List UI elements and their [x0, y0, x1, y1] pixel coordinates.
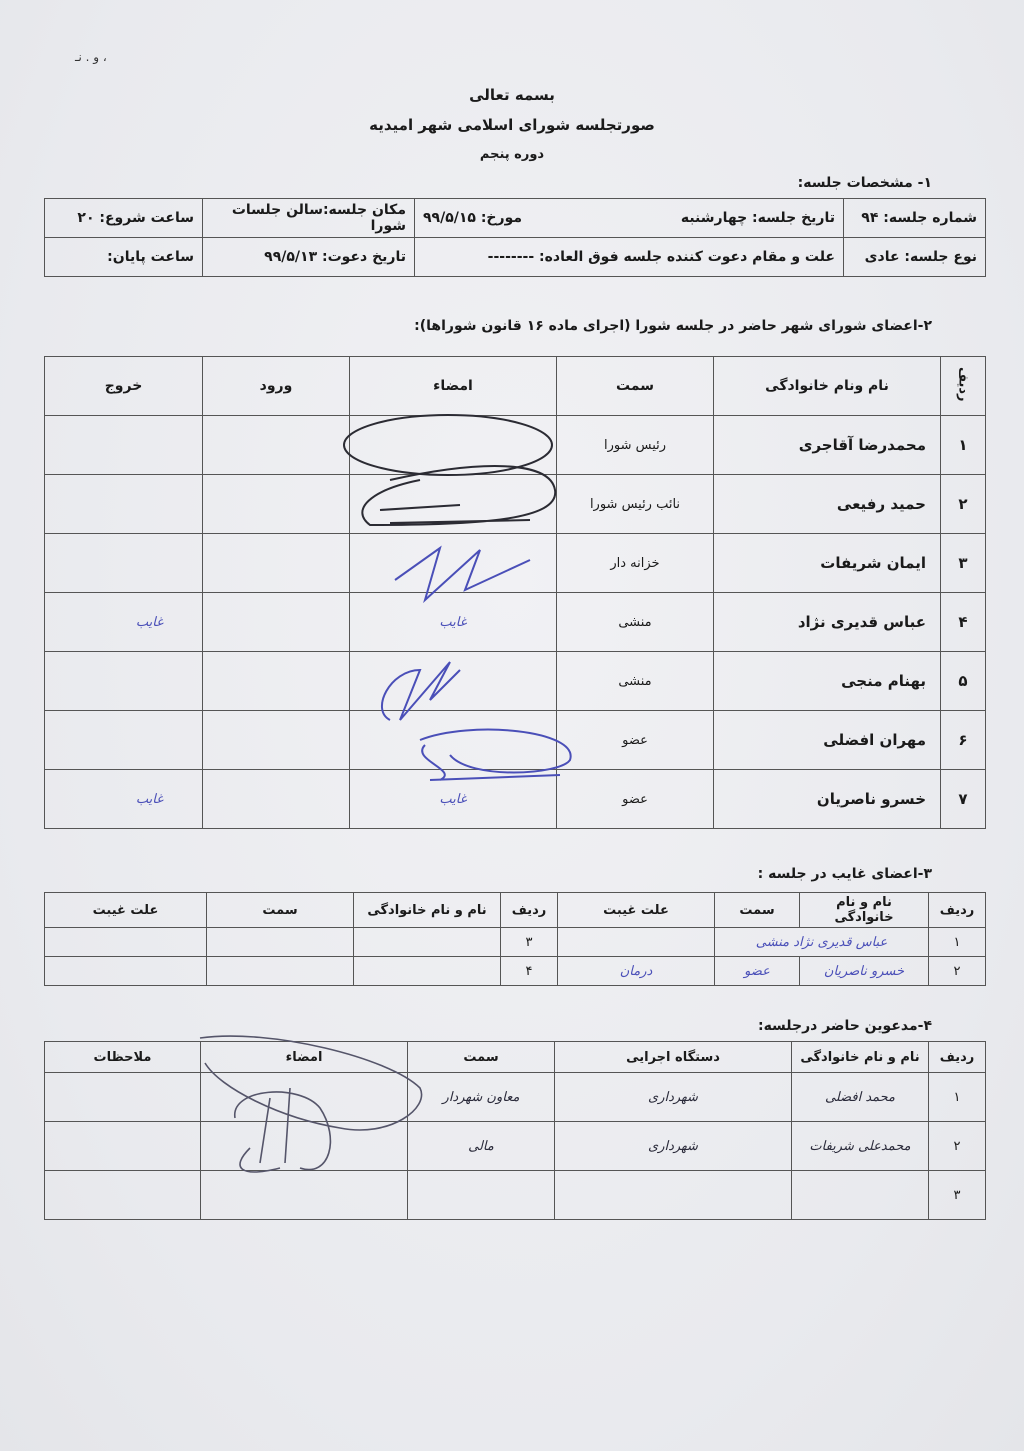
member-entry [203, 770, 350, 829]
start-time: ساعت شروع: ۲۰ [45, 199, 203, 238]
header-row-number: ردیف [929, 1042, 986, 1073]
header-name: نام و نام خانوادگی [792, 1042, 929, 1073]
guest-organization: شهرداری [555, 1122, 792, 1171]
header-name-2: نام و نام خانوادگی [354, 893, 501, 928]
guest-role: مالی [408, 1122, 555, 1171]
guest-role: معاون شهردار [408, 1073, 555, 1122]
section4-title: ۴-مدعوین حاضر درجلسه: [758, 1018, 932, 1034]
header-role-2: سمت [207, 893, 354, 928]
session-number: شماره جلسه: ۹۴ [844, 199, 986, 238]
member-role: منشی [557, 593, 714, 652]
row-index: ۳ [929, 1171, 986, 1220]
document-subtitle: دوره پنجم [0, 147, 1024, 162]
guest-notes [45, 1122, 201, 1171]
table-row: ۷ خسرو ناصریان عضو غایب غایب [45, 770, 986, 829]
header-name: نام و نام خانوادگی [800, 893, 929, 928]
absent-role: عضو [715, 957, 800, 986]
member-entry [203, 711, 350, 770]
table-row: ۳ ایمان شریفات خزانه دار [45, 534, 986, 593]
table-row: ۴ عباس قدیری نژاد منشی غایب غایب [45, 593, 986, 652]
header-row-number: ردیف [929, 893, 986, 928]
member-entry [203, 593, 350, 652]
session-date-cell: تاریخ جلسه: چهارشنبه مورخ: ۹۹/۵/۱۵ [415, 199, 844, 238]
absent-name-role: عباس قدیری نژاد منشی [715, 928, 929, 957]
member-exit: غایب [45, 770, 203, 829]
member-role: خزانه دار [557, 534, 714, 593]
member-name: بهنام منجی [714, 652, 941, 711]
member-signature: غایب [350, 770, 557, 829]
corner-mark: و . نـ ، [75, 50, 107, 64]
row-index: ۶ [941, 711, 986, 770]
member-name: عباس قدیری نژاد [714, 593, 941, 652]
invitation-date: تاریخ دعوت: ۹۹/۵/۱۳ [203, 238, 415, 277]
guest-notes [45, 1171, 201, 1220]
session-type: نوع جلسه: عادی [844, 238, 986, 277]
header-notes: ملاحظات [45, 1042, 201, 1073]
absent-name-2 [354, 928, 501, 957]
member-name: حمید رفیعی [714, 475, 941, 534]
member-exit [45, 534, 203, 593]
member-role: رئیس شورا [557, 416, 714, 475]
extraordinary-reason: علت و مقام دعوت کننده جلسه فوق العاده: -… [415, 238, 844, 277]
guest-name [792, 1171, 929, 1220]
member-exit [45, 475, 203, 534]
session-date: تاریخ جلسه: چهارشنبه [681, 210, 835, 226]
member-signature [350, 711, 557, 770]
absent-members-table: ردیف نام و نام خانوادگی سمت علت غیبت ردی… [44, 892, 986, 986]
row-index-2: ۳ [501, 928, 558, 957]
row-index: ۱ [929, 928, 986, 957]
guest-signature [201, 1122, 408, 1171]
section2-title: ۲-اعضای شورای شهر حاضر در جلسه شورا (اجر… [414, 318, 932, 334]
member-name: محمدرضا آقاجری [714, 416, 941, 475]
guest-name: محمدعلی شریفات [792, 1122, 929, 1171]
member-signature [350, 475, 557, 534]
guest-name: محمد افضلی [792, 1073, 929, 1122]
member-signature: غایب [350, 593, 557, 652]
section1-title: ۱- مشخصات جلسه: [798, 175, 932, 191]
table-row: ۶ مهران افضلی عضو [45, 711, 986, 770]
table-row: ۱ محمدرضا آقاجری رئیس شورا [45, 416, 986, 475]
member-entry [203, 475, 350, 534]
invited-guests-table: ردیف نام و نام خانوادگی دستگاه اجرایی سم… [44, 1041, 986, 1220]
row-index: ۱ [929, 1073, 986, 1122]
members-header-row: ردیف نام ونام خانوادگی سمت امضاء ورود خر… [45, 357, 986, 416]
row-index: ۲ [929, 957, 986, 986]
header-role: سمت [557, 357, 714, 416]
table-row: ۲ خسرو ناصریان عضو درمان ۴ [45, 957, 986, 986]
absent-header-row: ردیف نام و نام خانوادگی سمت علت غیبت ردی… [45, 893, 986, 928]
header-absence-reason: علت غیبت [558, 893, 715, 928]
member-exit [45, 652, 203, 711]
header-name: نام ونام خانوادگی [714, 357, 941, 416]
member-entry [203, 652, 350, 711]
header-role: سمت [715, 893, 800, 928]
basmala-heading: بسمه تعالی [0, 86, 1024, 104]
member-role: عضو [557, 711, 714, 770]
absence-reason [558, 928, 715, 957]
header-absence-reason-2: علت غیبت [45, 893, 207, 928]
header-signature: امضاء [201, 1042, 408, 1073]
guest-signature [201, 1171, 408, 1220]
row-index: ۵ [941, 652, 986, 711]
session-dated: مورخ: ۹۹/۵/۱۵ [423, 210, 522, 226]
header-entry: ورود [203, 357, 350, 416]
member-name: ایمان شریفات [714, 534, 941, 593]
absent-role-2 [207, 957, 354, 986]
table-row: ۳ [45, 1171, 986, 1220]
header-role: سمت [408, 1042, 555, 1073]
guest-role [408, 1171, 555, 1220]
header-organization: دستگاه اجرایی [555, 1042, 792, 1073]
member-name: خسرو ناصریان [714, 770, 941, 829]
members-table: ردیف نام ونام خانوادگی سمت امضاء ورود خر… [44, 356, 986, 829]
row-index: ۴ [941, 593, 986, 652]
header-row-number-2: ردیف [501, 893, 558, 928]
member-entry [203, 534, 350, 593]
row-index: ۲ [929, 1122, 986, 1171]
member-name: مهران افضلی [714, 711, 941, 770]
member-signature [350, 652, 557, 711]
section3-title: ۳-اعضای غایب در جلسه : [758, 866, 932, 882]
absent-name-2 [354, 957, 501, 986]
guest-signature [201, 1073, 408, 1122]
document-title: صورتجلسه شورای اسلامی شهر امیدیه [0, 116, 1024, 134]
guest-organization: شهرداری [555, 1073, 792, 1122]
row-index: ۱ [941, 416, 986, 475]
guest-organization [555, 1171, 792, 1220]
table-row: ۲ محمدعلی شریفات شهرداری مالی [45, 1122, 986, 1171]
row-index: ۲ [941, 475, 986, 534]
table-row: ۱ محمد افضلی شهرداری معاون شهردار [45, 1073, 986, 1122]
member-role: منشی [557, 652, 714, 711]
table-row: ۲ حمید رفیعی نائب رئیس شورا [45, 475, 986, 534]
member-exit [45, 416, 203, 475]
member-signature [350, 534, 557, 593]
session-location: مکان جلسه:سالن جلسات شورا [203, 199, 415, 238]
table-row: ۵ بهنام منجی منشی [45, 652, 986, 711]
header-signature: امضاء [350, 357, 557, 416]
absence-reason: درمان [558, 957, 715, 986]
header-row-number: ردیف [941, 357, 986, 416]
row-index: ۷ [941, 770, 986, 829]
header-exit: خروج [45, 357, 203, 416]
absence-reason-2 [45, 928, 207, 957]
member-exit [45, 711, 203, 770]
member-role: عضو [557, 770, 714, 829]
table-row: ۱ عباس قدیری نژاد منشی ۳ [45, 928, 986, 957]
absence-reason-2 [45, 957, 207, 986]
member-entry [203, 416, 350, 475]
guests-header-row: ردیف نام و نام خانوادگی دستگاه اجرایی سم… [45, 1042, 986, 1073]
member-role: نائب رئیس شورا [557, 475, 714, 534]
member-exit: غایب [45, 593, 203, 652]
row-index-2: ۴ [501, 957, 558, 986]
session-info-table: شماره جلسه: ۹۴ تاریخ جلسه: چهارشنبه مورخ… [44, 198, 986, 277]
guest-notes [45, 1073, 201, 1122]
member-signature [350, 416, 557, 475]
row-index: ۳ [941, 534, 986, 593]
end-time: ساعت پایان: [45, 238, 203, 277]
absent-role-2 [207, 928, 354, 957]
absent-name: خسرو ناصریان [800, 957, 929, 986]
